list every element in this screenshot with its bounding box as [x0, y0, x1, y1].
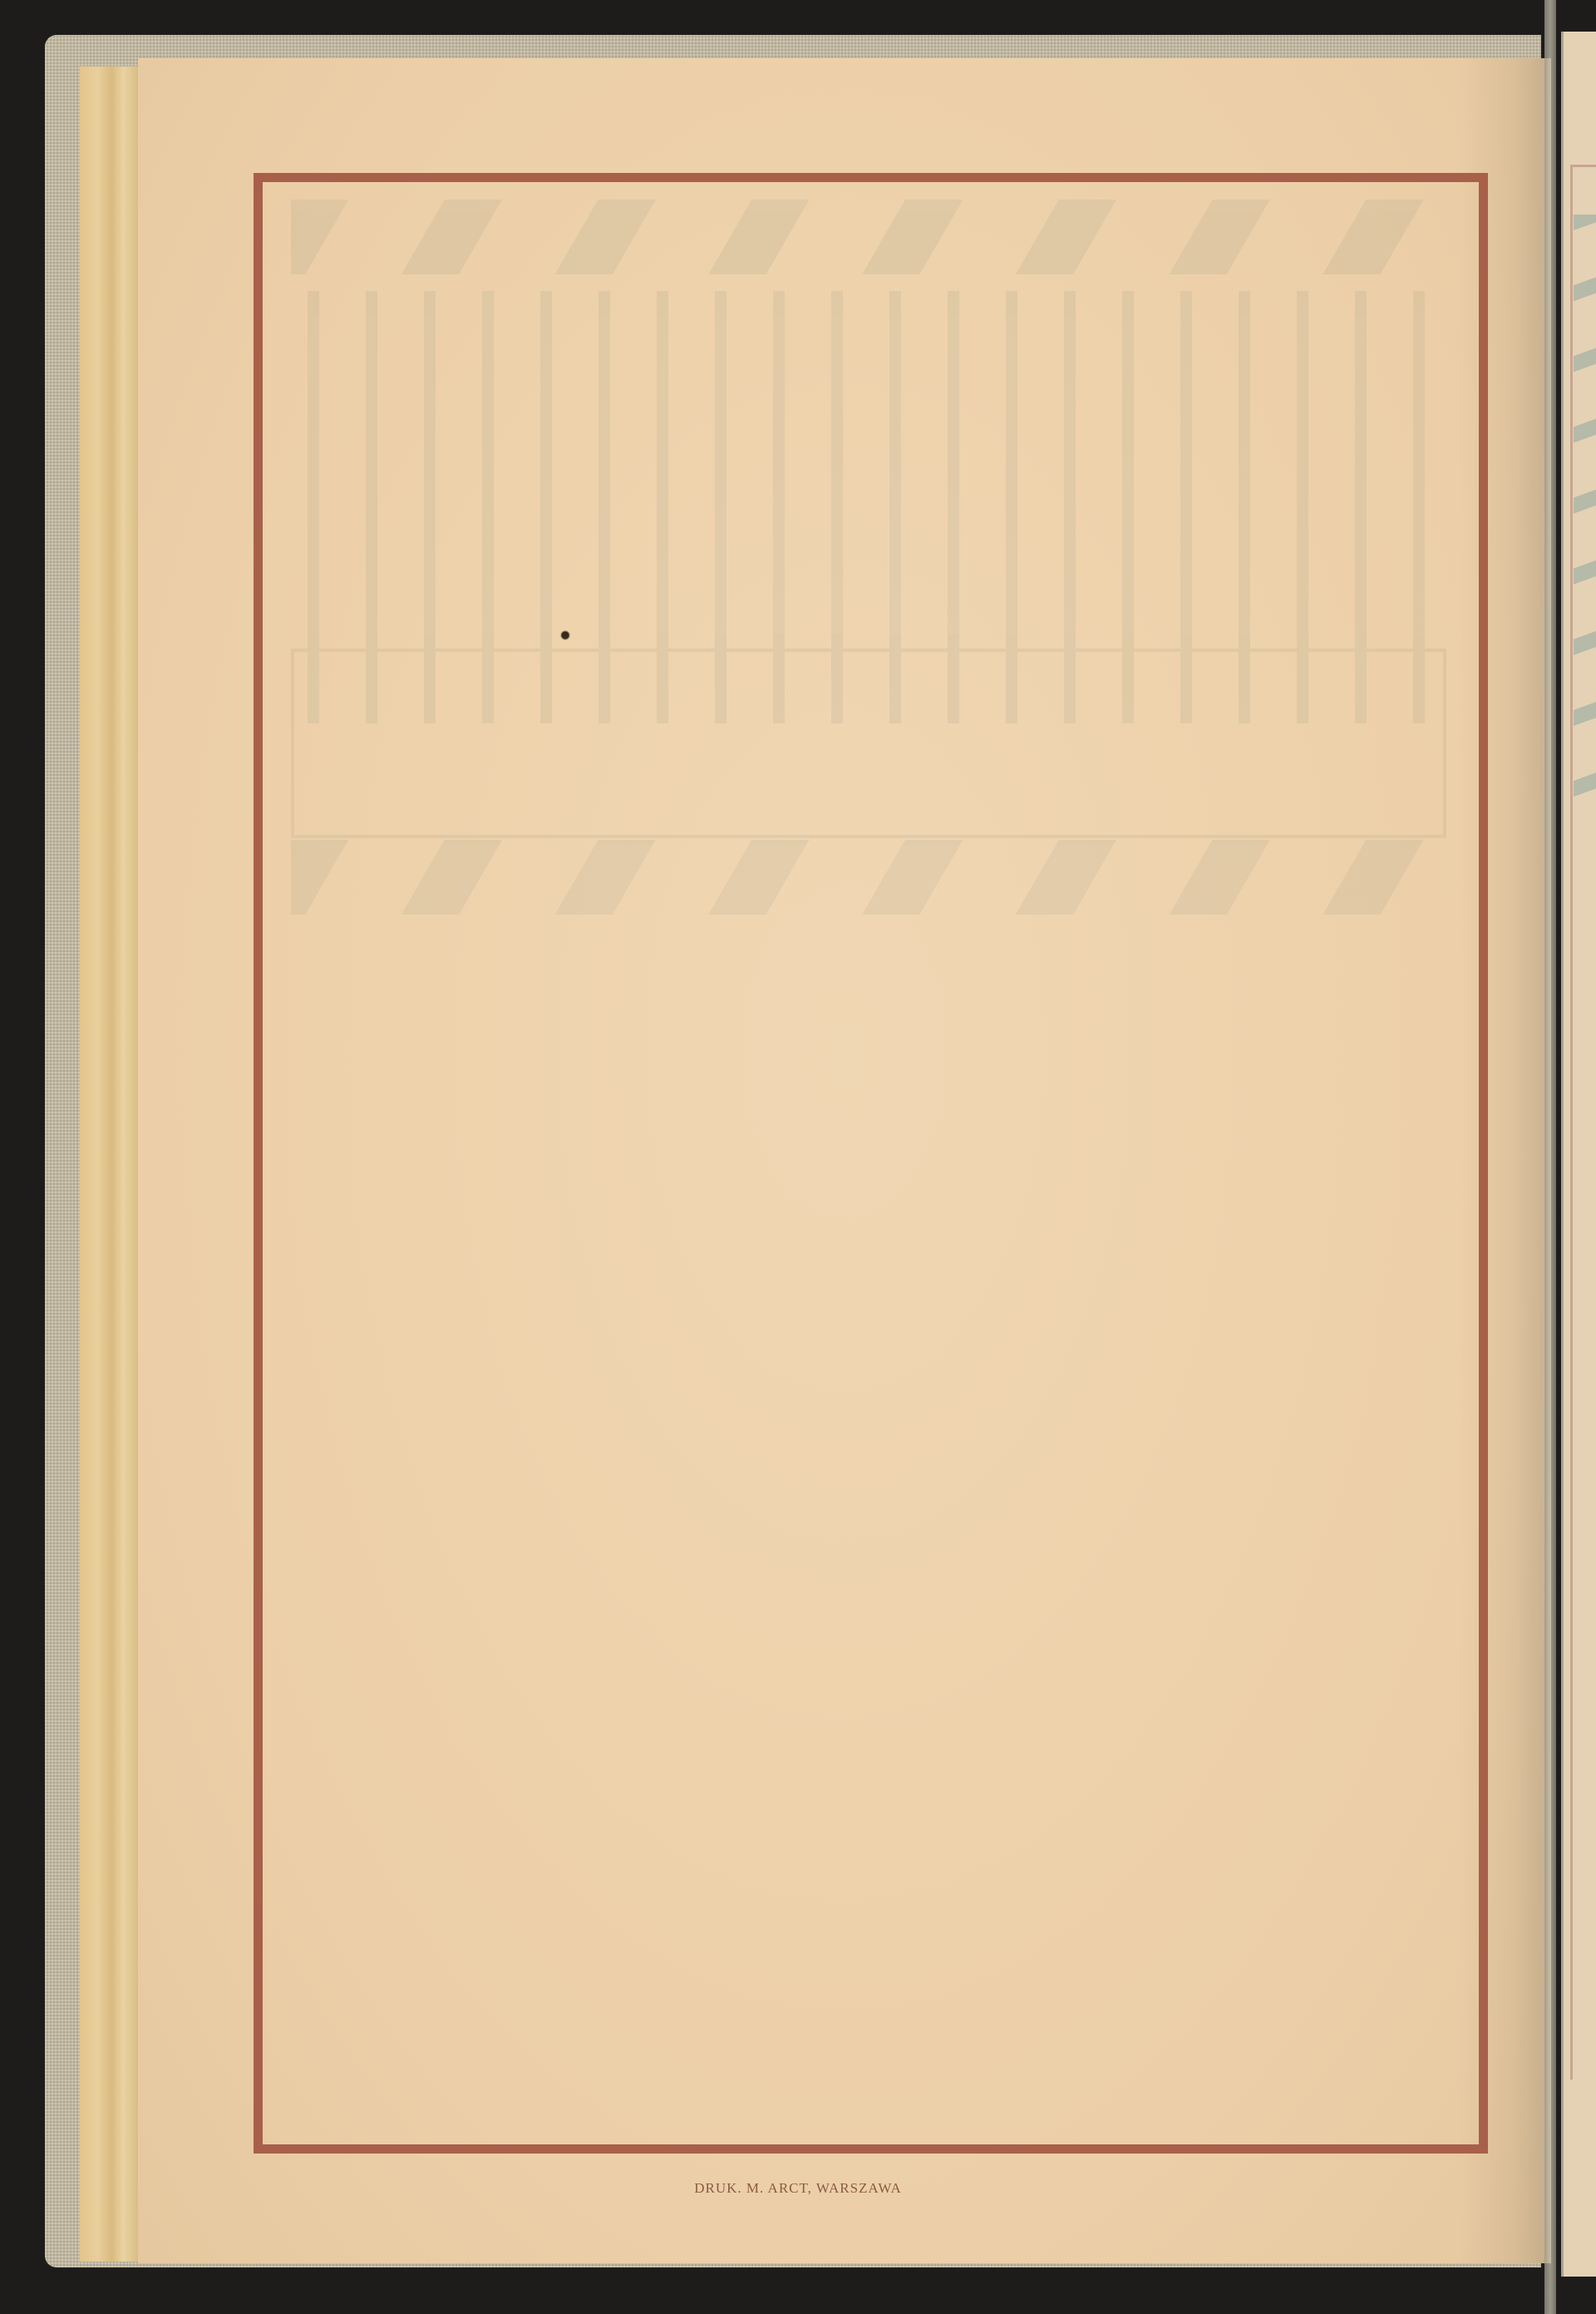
decorative-frame: [254, 173, 1488, 2154]
facing-page-edge: [1561, 32, 1596, 2277]
ink-stain: [559, 630, 572, 640]
page-edges: [80, 67, 138, 2262]
spine-fold: [1544, 0, 1556, 2314]
printer-imprint: DRUK. M. ARCT, WARSZAWA: [0, 2180, 1596, 2197]
facing-page-ornament: [1574, 215, 1596, 797]
